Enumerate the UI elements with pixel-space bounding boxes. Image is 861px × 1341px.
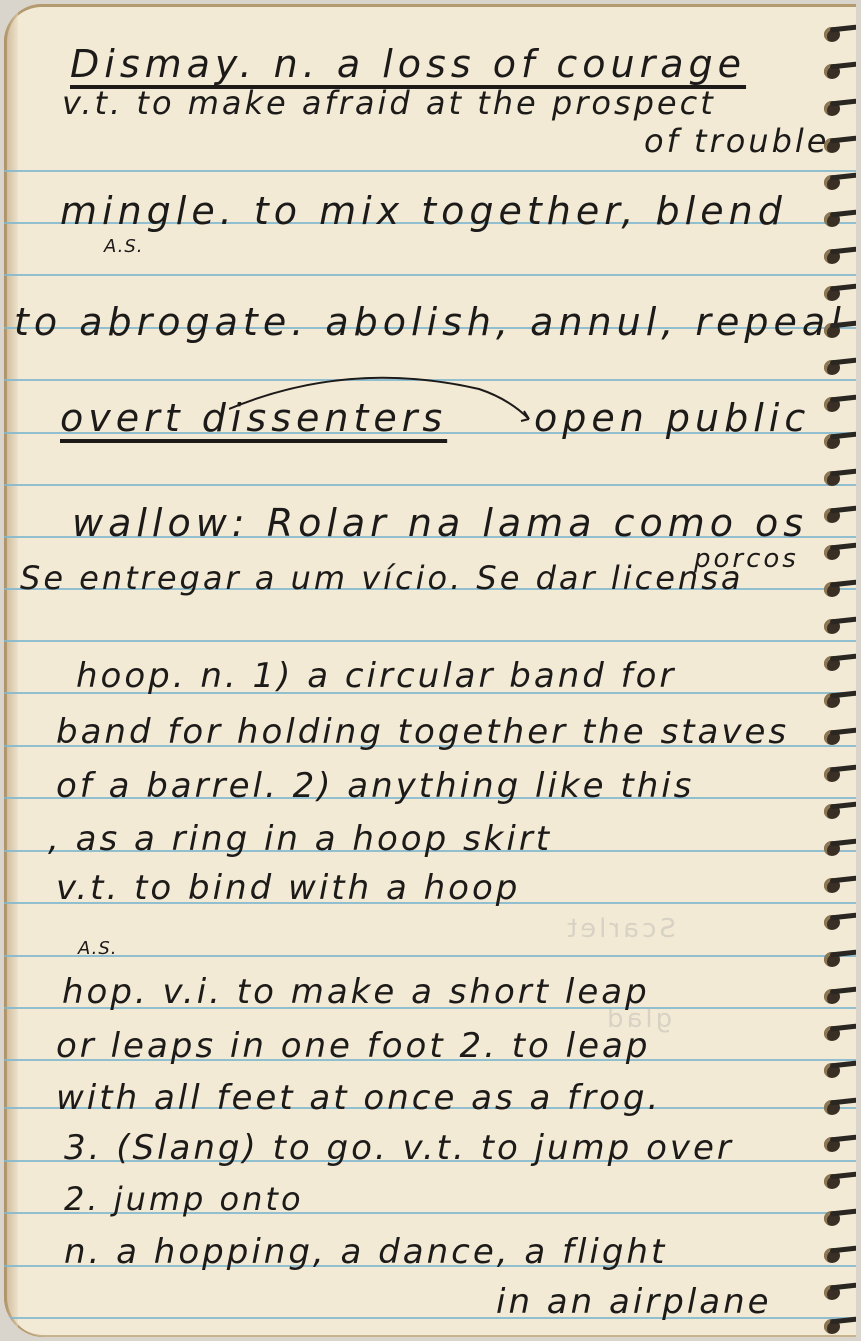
entry-hop-line-4: 3. (Slang) to go. v.t. to jump over bbox=[64, 1128, 734, 1168]
entry-hop-line-2: or leaps in one foot 2. to leap bbox=[56, 1026, 650, 1066]
rule-line bbox=[4, 955, 856, 957]
entry-dismay-line-3: of trouble bbox=[644, 122, 829, 160]
entry-dismay-line-1: Dismay. n. a loss of courage bbox=[70, 42, 746, 86]
entry-hoop-line-2: band for holding together the staves bbox=[56, 712, 789, 752]
headword-dismay: Dismay. n. a loss of courage bbox=[70, 42, 746, 86]
entry-overt-meaning: open public bbox=[534, 396, 810, 440]
rule-line bbox=[4, 484, 856, 486]
entry-hop-note: A.S. bbox=[78, 938, 118, 959]
headword-overt: overt dissenters bbox=[60, 396, 447, 440]
spiral-binding bbox=[816, 4, 856, 1337]
entry-hop-line-7: in an airplane bbox=[496, 1282, 772, 1322]
rule-line bbox=[4, 274, 856, 276]
entry-hop-line-5: 2. jump onto bbox=[64, 1180, 304, 1218]
entry-wallow-line-3: Se entregar a um vício. Se dar licensa bbox=[20, 559, 743, 597]
rule-line bbox=[4, 170, 856, 172]
entry-abrogate-line-1: to abrogate. abolish, annul, repeal bbox=[14, 300, 846, 344]
bleed-through-text: Scarlet bbox=[564, 914, 676, 944]
entry-hoop-line-5: v.t. to bind with a hoop bbox=[56, 868, 520, 908]
rule-line bbox=[4, 640, 856, 642]
entry-dismay-line-2: v.t. to make afraid at the prospect bbox=[62, 84, 716, 122]
entry-hop-line-6: n. a hopping, a dance, a flight bbox=[64, 1232, 667, 1272]
entry-mingle-line-1: mingle. to mix together, blend bbox=[60, 189, 787, 233]
entry-hop-line-3: with all feet at once as a frog. bbox=[56, 1078, 661, 1118]
entry-mingle-note: A.S. bbox=[104, 236, 144, 257]
notebook-page: Scarlet glad Dismay. n. a loss of courag… bbox=[4, 4, 856, 1337]
page-edge-shadow bbox=[4, 4, 18, 1337]
entry-hoop-line-3: of a barrel. 2) anything like this bbox=[56, 766, 694, 806]
entry-hoop-line-1: hoop. n. 1) a circular band for bbox=[76, 656, 676, 696]
entry-wallow-line-1: wallow: Rolar na lama como os bbox=[72, 501, 808, 545]
entry-overt-line-1: overt dissenters bbox=[60, 396, 447, 440]
entry-mingle-text: mingle. to mix together, blend bbox=[60, 189, 787, 233]
entry-hop-line-1: hop. v.i. to make a short leap bbox=[62, 972, 650, 1012]
entry-hoop-line-4: , as a ring in a hoop skirt bbox=[48, 819, 552, 859]
